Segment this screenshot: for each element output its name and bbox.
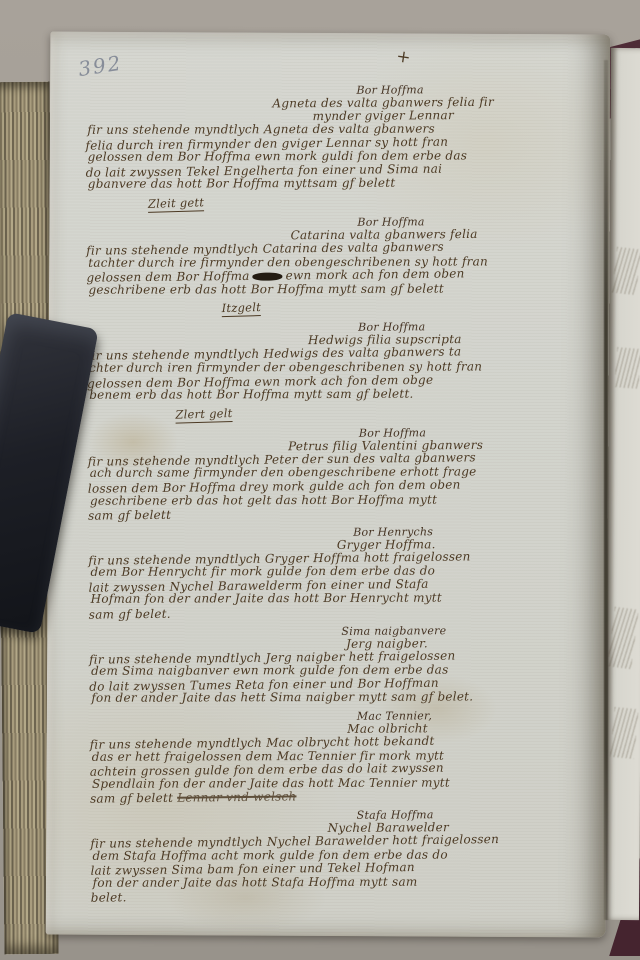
register-entry: Stafa Hoffma Nychel Barawelder fir uns s… [90, 808, 569, 904]
ink-blot [253, 272, 283, 280]
register-entry: Bor Hoffma Catarina valta gbanwers felia… [86, 215, 565, 318]
register-entry: Sima naigbanvere Jerg naigber. fir uns s… [89, 624, 568, 707]
payment-subnote: Zleit gett [148, 195, 205, 213]
faint-ink-marks [607, 607, 639, 670]
entry-line: fon der ander Jaite das hett Sima naigbe… [91, 691, 569, 706]
handwritten-text-block: Bor Hoffma Agneta des valta gbanwers fel… [85, 83, 569, 910]
faint-ink-marks [612, 247, 640, 295]
manuscript-page: 392 + Bor Hoffma Agneta des valta gbanwe… [46, 32, 611, 938]
register-entry: Mac Tennier, Mac olbricht fir uns stehen… [89, 709, 568, 805]
book-gutter-seam [604, 60, 608, 920]
payment-subnote: Zlert gelt [175, 406, 233, 424]
crossed-out-text: Lennar vnd welsch [177, 790, 296, 805]
entry-line-part: sam gf belett [90, 791, 173, 806]
payment-subnote: Itzgelt [221, 300, 261, 317]
faint-ink-marks [610, 707, 639, 759]
register-entry: Bor Hoffma Hedwigs filia supscripta fir … [87, 321, 566, 424]
register-entry: Bor Hoffma Petrus filig Valentini gbanwe… [87, 426, 566, 522]
register-entry: Bor Hoffma Agneta des valta gbanwers fel… [85, 83, 564, 212]
pencil-folio-number: 392 [77, 51, 124, 81]
entry-line: sam gf belet. [89, 603, 567, 622]
entry-line: gbanvere das hott Bor Hoffma myttsam gf … [88, 177, 566, 192]
entry-line: sam gf belett [88, 504, 566, 523]
entry-line: sam gf belett Lennar vnd welsch [90, 788, 568, 807]
manuscript-photo: 392 + Bor Hoffma Agneta des valta gbanwe… [0, 0, 640, 960]
entry-line: benem erb das hott Bor Hoffma mytt sam g… [89, 387, 567, 402]
register-entry: Bor Henrychs Gryger Hoffma. fir uns steh… [88, 525, 567, 621]
invocation-cross-mark: + [395, 46, 412, 68]
facing-page-edge [605, 48, 640, 920]
entry-line: geschribene erb das hott Bor Hoffma mytt… [88, 282, 566, 297]
entry-line-part: ewn mork ach fon dem oben [286, 267, 465, 283]
faint-ink-marks [614, 347, 640, 389]
